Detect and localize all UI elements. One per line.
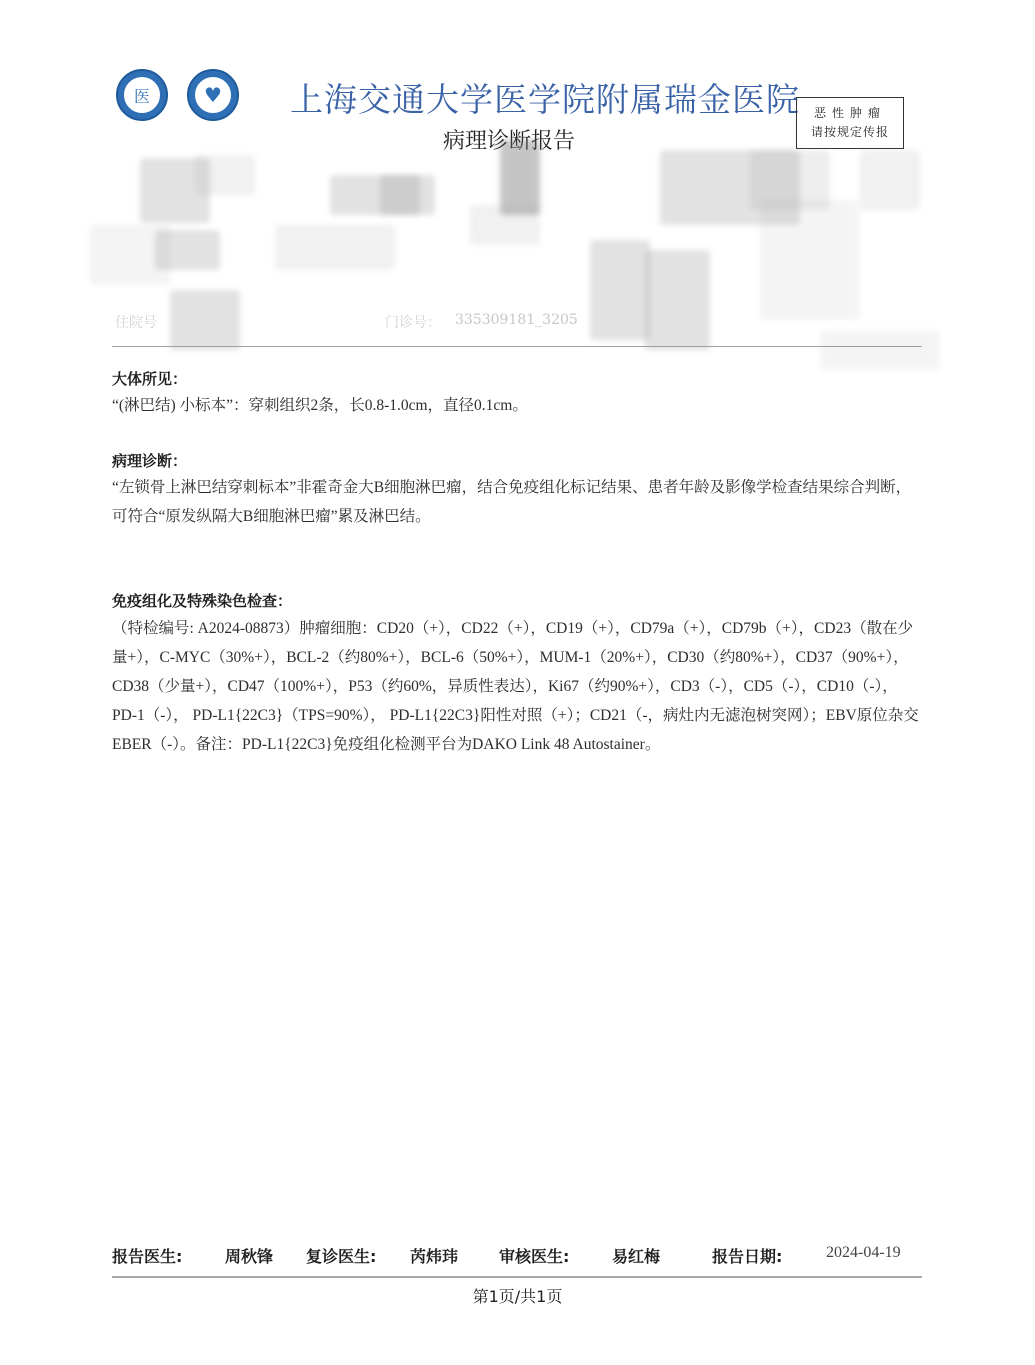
ihc-text: （特检编号: A2024-08873）肿瘤细胞：CD20（+），CD22（+），…: [112, 614, 922, 759]
school-seal-logo: 医: [116, 69, 168, 121]
malignant-tumor-stamp: 恶性肿瘤 请按规定传报: [796, 97, 904, 149]
diagnosis-heading: 病理诊断：: [112, 450, 187, 471]
reviewer-name: 芮炜玮: [410, 1244, 458, 1267]
heart-icon: ♥: [204, 83, 222, 107]
outpatient-label: 门诊号：: [385, 312, 441, 332]
diagnosis-text: “左锁骨上淋巴结穿刺标本”非霍奇金大B细胞淋巴瘤，结合免疫组化标记结果、患者年龄…: [112, 473, 922, 531]
auditor-label: 审核医生:: [499, 1244, 569, 1267]
reporter-name: 周秋锋: [225, 1244, 273, 1267]
reviewer-label: 复诊医生:: [306, 1244, 376, 1267]
header-divider: [112, 346, 922, 347]
report-date: 2024-04-19: [826, 1244, 901, 1262]
hospital-heart-logo: ♥: [187, 69, 239, 121]
auditor-name: 易红梅: [612, 1244, 660, 1267]
stamp-line-1: 恶性肿瘤: [797, 104, 903, 123]
inpatient-label: 住院号: [115, 312, 157, 332]
ihc-heading: 免疫组化及特殊染色检查：: [112, 590, 292, 611]
gross-findings-text: “(淋巴结) 小标本”：穿刺组织2条，长0.8-1.0cm，直径0.1cm。: [112, 391, 922, 420]
reporter-label: 报告医生:: [112, 1244, 182, 1267]
hospital-name: 上海交通大学医学院附属瑞金医院: [290, 74, 800, 121]
stamp-line-2: 请按规定传报: [797, 123, 903, 142]
logo-left-glyph: 医: [134, 84, 150, 107]
date-label: 报告日期:: [712, 1244, 782, 1267]
footer-divider: [112, 1276, 922, 1278]
gross-findings-heading: 大体所见：: [112, 368, 187, 389]
outpatient-number: 335309181_3205: [455, 312, 578, 328]
page-indicator: 第1页/共1页: [0, 1284, 1035, 1307]
